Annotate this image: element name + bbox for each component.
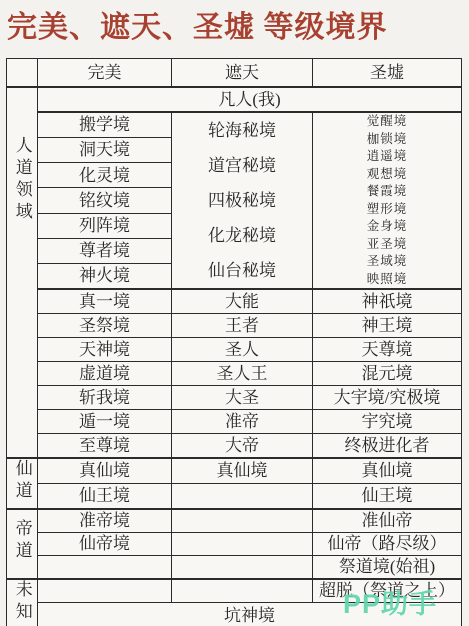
realm-cell: 铭纹境 [38,188,172,213]
realm-comparison-table: 完美 遮天 圣墟 人道领域 凡人(我) 搬学境 轮海秘境 道宫秘境 四极秘境 化… [6,58,462,626]
realm-cell: 真一境 [38,289,172,314]
realm-cell: 真仙境 [38,458,172,483]
realm-line: 枷锁境 [313,131,461,149]
shengxu-early-realms-cell: 觉醒境 枷锁境 逍遥境 观想境 餐霞境 塑形境 金身境 亚圣境 圣域境 映照境 [313,112,462,289]
realm-line: 映照境 [313,271,461,289]
group-label-xiandao: 仙道 [7,458,38,509]
empty-cell [172,555,313,579]
zhetian-secret-realms-cell: 轮海秘境 道宫秘境 四极秘境 化龙秘境 仙台秘境 [172,112,313,289]
realm-line: 道宫秘境 [172,148,312,183]
corner-cell [7,59,38,88]
realm-cell: 祭道境(始祖) [313,555,462,579]
realm-cell: 圣人 [172,338,313,362]
realm-cell: 大能 [172,289,313,314]
realm-cell: 神祇境 [313,289,462,314]
realm-cell: 天尊境 [313,338,462,362]
realm-cell: 圣人王 [172,362,313,386]
realm-cell: 斩我境 [38,386,172,410]
realm-cell: 神火境 [38,263,172,289]
realm-cell: 准仙帝 [313,509,462,533]
realm-cell: 虚道境 [38,362,172,386]
group-label-rendao: 人道领域 [7,87,38,458]
realm-cell: 混元境 [313,362,462,386]
group-label-didao-text: 帝道 [12,519,32,563]
realm-cell: 大宇境/究极境 [313,386,462,410]
realm-cell: 遁一境 [38,410,172,434]
realm-cell: 大圣 [172,386,313,410]
col-header-shengxu: 圣墟 [313,59,462,88]
realm-line: 化龙秘境 [172,218,312,253]
realm-cell: 准帝 [172,410,313,434]
realm-cell: 宇究境 [313,410,462,434]
realm-cell: 搬学境 [38,112,172,138]
watermark: PP助手 [343,582,437,621]
realm-line: 轮海秘境 [172,113,312,148]
col-header-wanmei: 完美 [38,59,172,88]
group-label-didao: 帝道 [7,509,38,579]
realm-line: 逍遥境 [313,148,461,166]
realm-line: 餐霞境 [313,183,461,201]
col-header-zhetian: 遮天 [172,59,313,88]
realm-cell: 仙帝境 [38,532,172,555]
empty-cell [172,509,313,533]
realm-line: 觉醒境 [313,113,461,131]
realm-cell: 至尊境 [38,434,172,459]
realm-line: 观想境 [313,166,461,184]
realm-line: 塑形境 [313,201,461,219]
empty-cell [172,532,313,555]
realm-cell: 真仙境 [313,458,462,483]
realm-cell: 终极进化者 [313,434,462,459]
group-label-rendao-text: 人道领域 [12,136,32,224]
group-label-weizhi: 未知 [7,579,38,626]
realm-cell: 天神境 [38,338,172,362]
realm-cell: 仙帝（路尽级） [313,532,462,555]
realm-cell: 仙王境 [313,483,462,508]
realm-line: 四极秘境 [172,183,312,218]
realm-cell: 大帝 [172,434,313,459]
realm-cell: 准帝境 [38,509,172,533]
realm-cell: 王者 [172,314,313,338]
realm-cell: 圣祭境 [38,314,172,338]
group-label-weizhi-text: 未知 [12,580,32,624]
group-label-xiandao-text: 仙道 [12,459,32,503]
realm-cell: 尊者境 [38,238,172,263]
realm-cell: 神王境 [313,314,462,338]
realm-line: 金身境 [313,218,461,236]
realm-line: 仙台秘境 [172,253,312,288]
realm-line: 圣域境 [313,253,461,271]
page-title: 完美、遮天、圣墟 等级境界 [7,2,388,46]
mortal-cell: 凡人(我) [38,87,462,112]
empty-cell [38,579,172,603]
realm-cell: 仙王境 [38,483,172,508]
realm-cell: 洞天境 [38,138,172,163]
empty-cell [172,483,313,508]
empty-cell [38,555,172,579]
realm-cell: 化灵境 [38,163,172,188]
realm-line: 亚圣境 [313,236,461,254]
empty-cell [172,579,313,603]
realm-cell: 真仙境 [172,458,313,483]
realm-cell: 列阵境 [38,213,172,238]
